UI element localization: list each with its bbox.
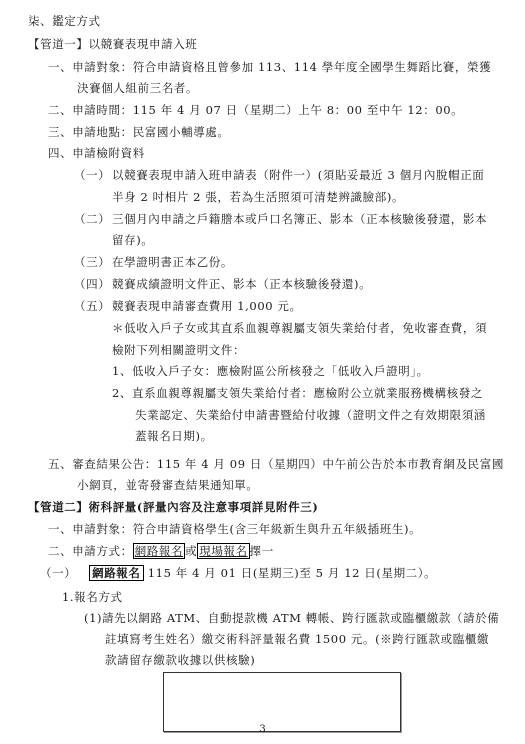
attachment-1: 以競賽表現申請入班申請表（附件一）(須貼妥最近 3 個月內脫帽正面 (112, 168, 484, 182)
online-period: 115 年 4 月 01 日(星期三)至 5 月 12 日(星期二）。 (148, 566, 436, 580)
attachment-4: 競賽成績證明文件正、影本（正本核驗後發還)。 (112, 277, 371, 291)
attachment-3-num: （三） (74, 255, 110, 269)
payment-instruction-cont2: 款請留存繳款收據以供核驗) (105, 653, 255, 667)
online-registration: （一） 網路報名 115 年 4 月 01 日(星期三)至 5 月 12 日(星… (40, 566, 436, 580)
channel2-heading: 【管道二】術科評量(評量內容及注意事項詳見附件三) (28, 500, 318, 514)
channel1-item-4: 四、申請檢附資料 (48, 146, 145, 160)
attachment-5-num: （五） (74, 299, 110, 313)
registration-method-title: 1.報名方式 (62, 590, 123, 604)
review-result-cont: 小網頁，並寄發審查結果通知單。 (77, 478, 259, 492)
method-option-onsite: 現場報名 (197, 543, 249, 559)
channel1-item-1-cont: 決賽個人組前三名者。 (77, 81, 198, 95)
attachment-4-num: （四） (74, 277, 110, 291)
channel1-item-1: 一、申請對象：符合申請資格且曾參加 113、114 學年度全國學生舞蹈比賽，榮獲 (48, 60, 491, 74)
fee-note-cont: 檢附下列相關證明文件： (112, 343, 245, 357)
method-prefix: 二、申請方式： (48, 544, 133, 558)
fee-note-sub2-cont: 失業認定、失業給付申請書暨給付收據（證明文件之有效期限須涵 (135, 408, 486, 422)
section-title: 柒、鑑定方式 (28, 14, 101, 28)
attachment-1-num: （一） (74, 168, 110, 182)
method-suffix: 擇一 (250, 544, 274, 558)
review-result: 五、審查結果公告：115 年 4 月 09 日（星期四）中午前公告於本市教育網及… (48, 457, 504, 471)
attachment-3: 在學證明書正本乙份。 (112, 255, 233, 269)
payment-instruction-cont: 註填寫考生姓名）繳交術科評量報名費 1500 元。(※跨行匯款或臨櫃繳 (105, 632, 489, 646)
channel2-method: 二、申請方式：網路報名或現場報名擇一 (48, 544, 274, 558)
attachment-2-cont: 留存)。 (112, 233, 153, 247)
channel2-target: 一、申請對象：符合申請資格學生(含三年級新生與升五年級插班生)。 (48, 522, 421, 536)
attachment-1-cont: 半身 2 吋相片 2 張，若為生活照須可清楚辨識臉部)。 (112, 190, 404, 204)
online-num: （一） (40, 566, 76, 580)
method-option-online: 網路報名 (133, 543, 185, 559)
online-label: 網路報名 (89, 565, 143, 581)
method-or: 或 (185, 544, 197, 558)
fee-note-sub2-cont2: 蓋報名日期)。 (135, 429, 213, 443)
page-number: 3 (0, 724, 525, 735)
fee-note-sub1: 1、低收入戶子女：應檢附區公所核發之「低收入戶證明」。 (112, 364, 429, 378)
document-page: 柒、鑑定方式 【管道一】以競賽表現申請入班 一、申請對象：符合申請資格且曾參加 … (0, 0, 525, 744)
attachment-2: 三個月內申請之戶籍謄本或戶口名簿正、影本（正本核驗後發還，影本 (112, 212, 487, 226)
channel1-heading: 【管道一】以競賽表現申請入班 (28, 37, 197, 51)
attachment-5: 競賽表現申請審查費用 1,000 元。 (112, 299, 302, 313)
payment-instruction: (1)請先以網路 ATM、自動提款機 ATM 轉帳、跨行匯款或臨櫃繳款（請於備 (84, 611, 499, 625)
fee-note: ＊低收入戶子女或其直系血親尊親屬支領失業給付者，免收審查費，須 (112, 321, 487, 335)
attachment-2-num: （二） (74, 212, 110, 226)
bank-account-box (163, 672, 401, 732)
channel1-item-2: 二、申請時間：115 年 4 月 07 日（星期二）上午 8：00 至中午 12… (48, 103, 463, 117)
channel1-item-3: 三、申請地點：民富國小輔導處。 (48, 125, 230, 139)
fee-note-sub2: 2、直系血親尊親屬支領失業給付者：應檢附公立就業服務機構核發之 (112, 386, 483, 400)
